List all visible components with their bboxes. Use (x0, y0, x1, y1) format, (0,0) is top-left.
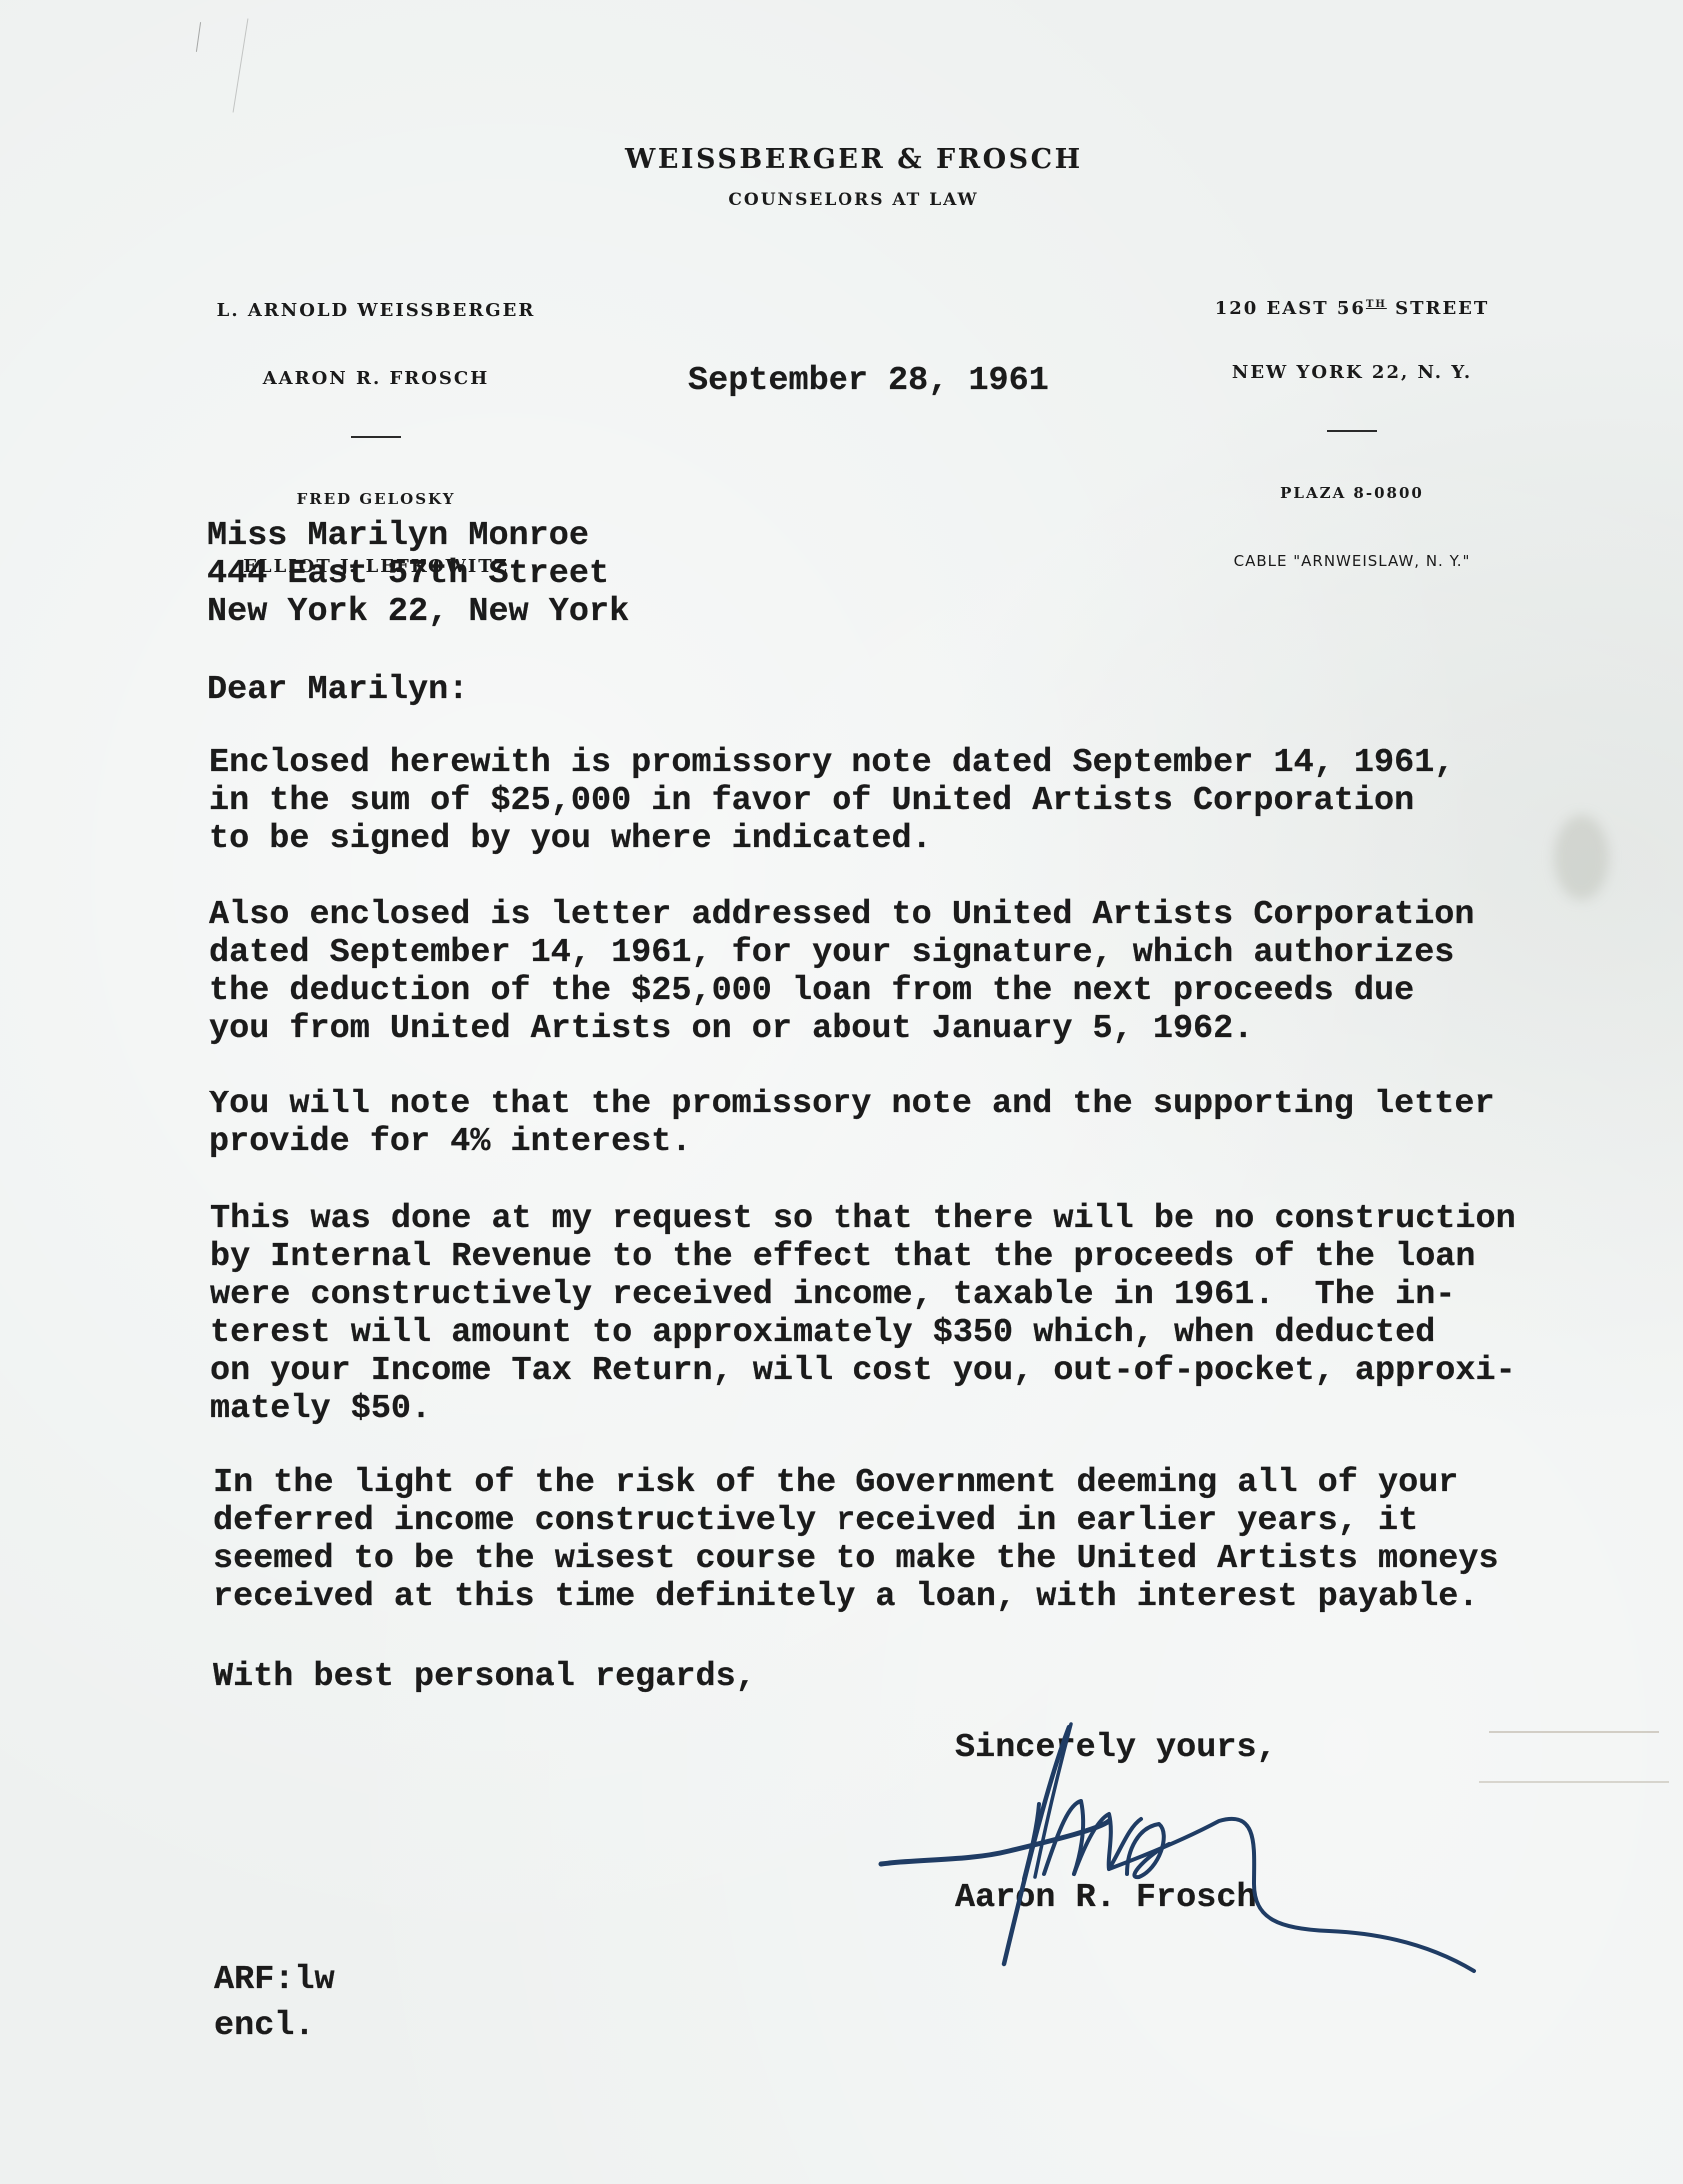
salutation-text: Dear Marilyn: (207, 671, 468, 709)
firm-cable-address: CABLE "ARNWEISLAW, N. Y." (1199, 546, 1505, 576)
paragraph-line: This was done at my request so that ther… (210, 1200, 1516, 1238)
partner-name: L. ARNOLD WEISSBERGER (198, 296, 554, 326)
enclosure-note: encl. (214, 2007, 335, 2045)
street-suffix: TH (1366, 299, 1387, 310)
paragraph-3: You will note that the promissory note a… (209, 1086, 1495, 1161)
paragraph-2: Also enclosed is letter addressed to Uni… (209, 896, 1475, 1048)
paragraph-line: by Internal Revenue to the effect that t… (210, 1238, 1516, 1276)
paragraph-line: were constructively received income, tax… (210, 1276, 1516, 1314)
paragraph-line: you from United Artists on or about Janu… (209, 1010, 1475, 1048)
closing-regards-text: With best personal regards, (213, 1658, 756, 1696)
paragraph-line: Enclosed herewith is promissory note dat… (209, 744, 1454, 782)
paragraph-line: You will note that the promissory note a… (209, 1086, 1495, 1123)
paragraph-line: In the light of the risk of the Governme… (213, 1464, 1499, 1502)
paragraph-line: deferred income constructively received … (213, 1502, 1499, 1540)
associate-name: FRED GELOSKY (198, 484, 554, 514)
paragraph-line: Also enclosed is letter addressed to Uni… (209, 896, 1475, 934)
street-name: STREET (1387, 298, 1489, 319)
paragraph-line: received at this time definitely a loan,… (213, 1578, 1499, 1616)
salutation: Dear Marilyn: (207, 671, 468, 709)
paper-stain (1554, 815, 1609, 900)
firm-phone: PLAZA 8-0800 (1199, 478, 1505, 508)
street-number: 120 EAST 56 (1215, 298, 1366, 319)
closing-regards: With best personal regards, (213, 1658, 756, 1696)
reference-block: ARF:lw encl. (214, 1961, 335, 2045)
recipient-address: Miss Marilyn Monroe 444 East 57th Street… (207, 517, 629, 631)
recipient-line: Miss Marilyn Monroe (207, 517, 629, 555)
paragraph-1: Enclosed herewith is promissory note dat… (209, 744, 1454, 858)
firm-name: WEISSBERGER & FROSCH (625, 144, 1082, 175)
paragraph-line: in the sum of $25,000 in favor of United… (209, 782, 1454, 820)
divider (351, 436, 401, 438)
paragraph-line: the deduction of the $25,000 loan from t… (209, 972, 1475, 1010)
letter-date: September 28, 1961 (688, 362, 1049, 400)
divider (1327, 430, 1377, 432)
firm-street-address: 120 EAST 56TH STREET (1199, 290, 1505, 320)
paragraph-line: on your Income Tax Return, will cost you… (210, 1352, 1516, 1390)
paragraph-line: mately $50. (210, 1390, 1516, 1428)
paragraph-line: dated September 14, 1961, for your signa… (209, 934, 1475, 972)
paper-scratch (196, 22, 201, 52)
firm-city: NEW YORK 22, N. Y. (1199, 358, 1505, 388)
paragraph-line: to be signed by you where indicated. (209, 820, 1454, 858)
reference-initials: ARF:lw (214, 1961, 335, 1999)
partner-name: AARON R. FROSCH (198, 364, 554, 394)
handwritten-signature-icon (859, 1709, 1519, 1979)
paragraph-line: provide for 4% interest. (209, 1123, 1495, 1161)
paper-scratch (233, 19, 249, 113)
paragraph-line: terest will amount to approximately $350… (210, 1314, 1516, 1352)
paragraph-line: seemed to be the wisest course to make t… (213, 1540, 1499, 1578)
recipient-line: New York 22, New York (207, 593, 629, 631)
letterhead-address: 120 EAST 56TH STREET NEW YORK 22, N. Y. … (1199, 252, 1505, 595)
recipient-line: 444 East 57th Street (207, 555, 629, 593)
firm-subtitle: COUNSELORS AT LAW (625, 190, 1082, 210)
paragraph-5: In the light of the risk of the Governme… (213, 1464, 1499, 1616)
paragraph-4: This was done at my request so that ther… (210, 1200, 1516, 1428)
